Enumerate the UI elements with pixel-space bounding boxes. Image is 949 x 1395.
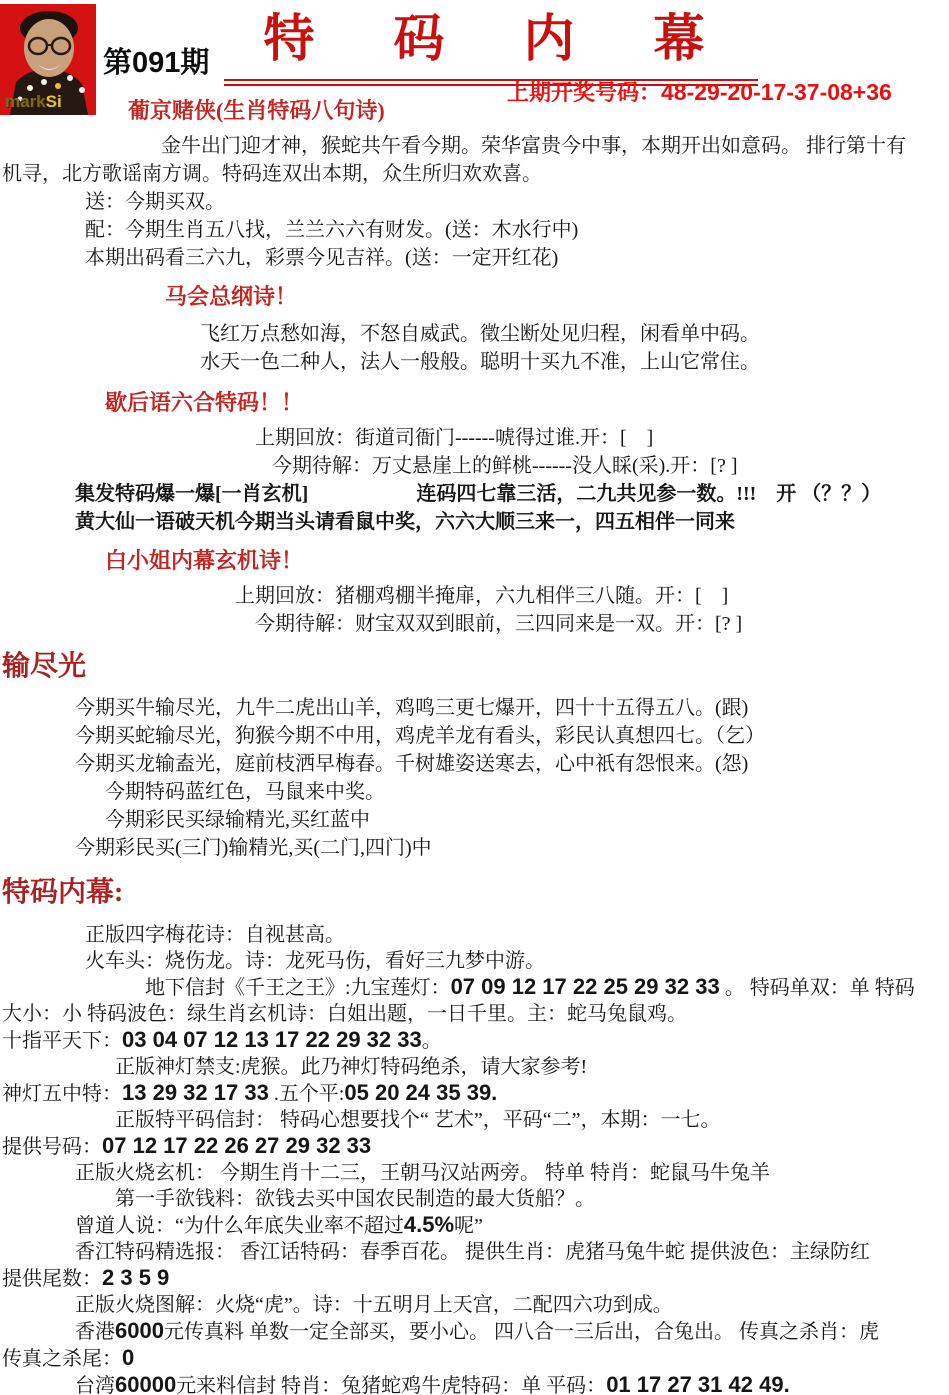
shujinguang-line: 今期买牛输尽光，九牛二虎出山羊，鸡鸣三更七爆开，四十十五得五八。(跟)	[75, 694, 949, 722]
zengdao-text: 曾道人说：“为什么年底失业率不超过	[75, 1215, 404, 1237]
page-title-text: 特 码 内 幕	[263, 12, 718, 68]
shujinguang-line: 今期买龙输盍光，庭前枝洒早梅春。千树雄姿送寒去，心中祇有怨恨来。(怨)	[75, 750, 949, 778]
shizhi-tail: 。	[422, 1030, 442, 1052]
huoshao-tujie-line: 正版火烧图解：火烧“虎”。诗：十五明月上天宫，二配四六功到成。	[75, 1292, 949, 1318]
dixia-xinfeng-line: 地下信封《千王之王》:九宝莲灯：07 09 12 17 22 25 29 32 …	[145, 974, 949, 1001]
marksix-logo: markSi	[0, 4, 96, 115]
huochetou-line: 火车头：烧伤龙。诗：龙死马伤，看好三九梦中游。	[85, 948, 949, 974]
xiehouyu-current-line: 今期待解：万丈悬崖上的鲜桃------没人睬(采).开：[? ]	[272, 452, 949, 480]
logo-text-si: Si	[46, 92, 62, 111]
shujinguang-line: 今期特码蓝红色，马鼠来中奖。	[105, 778, 949, 806]
huangdaxian-line: 黄大仙一语破天机今期当头请看鼠中奖，六六大顺三来一，四五相伴一同来	[75, 508, 949, 536]
zengdao-line: 曾道人说：“为什么年底失业率不超过4.5%呢”	[75, 1212, 949, 1239]
issue-number: 第091期	[103, 40, 209, 81]
xiehouyu-heading: 歇后语六合特码！！	[105, 388, 949, 418]
flyer-body: 金牛出门迎才神，猴蛇共午看今期。荣华富贵今中事，本期开出如意码。 排行第十有 机…	[0, 132, 949, 1395]
neimu-heading: 特码内幕:	[2, 876, 949, 910]
pujing-poem-line-1: 金牛出门迎才神，猴蛇共午看今期。荣华富贵今中事，本期开出如意码。 排行第十有	[85, 132, 949, 160]
meihua-line: 正版四字梅花诗：自视甚高。	[85, 922, 949, 948]
flyer-page: { "header": { "issue": "第091期", "title":…	[0, 0, 949, 1395]
pujing-heading: 葡京赌侠(生肖特码八句诗)	[128, 94, 385, 125]
shizhi-line: 十指平天下：03 04 07 12 13 17 22 29 32 33。	[2, 1027, 949, 1054]
xiangjiang-line: 香江特码精选报： 香江话特码：春季百花。 提供生肖：虎猪马兔牛蛇 提供波色：主绿…	[75, 1239, 949, 1265]
jifa-line: 集发特码爆一爆[一肖玄机]连码四七靠三活，二九共见参一数。!!! 开 （？？）	[75, 480, 949, 508]
teping-xinfeng-line: 正版特平码信封： 特码心想要找个“ 艺术”，平码“二”，本期：一七。	[115, 1107, 949, 1133]
shawei-number: 0	[122, 1345, 134, 1370]
wuzhongte-numbers-2: 05 20 24 35 39.	[344, 1080, 497, 1105]
pujing-poem-line-2: 机寻，北方歌谣南方调。特码连双出本期，众生所归欢欢喜。	[2, 160, 949, 188]
hk-price: 6000	[115, 1318, 164, 1343]
wuzhongte-numbers: 13 29 32 17 33	[122, 1080, 269, 1105]
shujinguang-line: 今期买蛇输尽光，狗猴今期不中用，鸡虎羊龙有看头，彩民认真想四七。（乞）	[75, 722, 949, 750]
masthead: markSi 第091期 特 码 内 幕 上期开奖号码：48-29-20-17-…	[0, 0, 949, 132]
tw-price: 60000	[115, 1372, 176, 1395]
mahui-heading: 马会总纲诗！	[165, 282, 949, 312]
baixiaojie-heading: 白小姐内幕玄机诗！	[105, 546, 949, 576]
tigong-label: 提供号码：	[2, 1136, 102, 1158]
pujing-song-line: 送：今期买双。	[85, 188, 949, 216]
shizhi-numbers: 03 04 07 12 13 17 22 29 32 33	[122, 1027, 422, 1052]
weishu-numbers: 2 3 5 9	[102, 1265, 169, 1290]
tigong-numbers: 07 12 17 22 26 27 29 32 33	[102, 1133, 371, 1158]
zengdao-percent: 4.5%	[404, 1212, 454, 1237]
baixiaojie-current-line: 今期待解：财宝双双到眼前，三四同来是一双。开：[? ]	[255, 610, 949, 638]
previous-draw-result: 上期开奖号码：48-29-20-17-37-08+36	[507, 76, 892, 107]
zengdao-tail: 呢”	[454, 1215, 483, 1237]
shujinguang-heading: 输尽光	[2, 650, 949, 684]
shawei-label: 传真之杀尾：	[2, 1348, 122, 1370]
dixia-numbers: 07 09 12 17 22 25 29 32 33	[451, 974, 720, 999]
weishu-line: 提供尾数：2 3 5 9	[2, 1265, 949, 1292]
page-title: 特 码 内 幕	[224, 4, 758, 86]
tigong-haoma-line: 提供号码：07 12 17 22 26 27 29 32 33	[2, 1133, 949, 1160]
pujing-pei-line: 配：今期生肖五八找，兰兰六六有财发。(送：木水行中)	[85, 216, 949, 244]
wuzhongte-line: 神灯五中特：13 29 32 17 33 .五个平:05 20 24 35 39…	[2, 1080, 949, 1107]
weishu-label: 提供尾数：	[2, 1268, 102, 1290]
jifa-riddle: 连码四七靠三活，二九共见参一数。!!! 开 （？？）	[416, 483, 881, 505]
jifa-label: 集发特码爆一爆[一肖玄机]	[75, 483, 308, 505]
hk-tail: 元传真料 单数一定全部买，要小心。 四八合一三后出，合兔出。 传真之杀肖：虎	[164, 1321, 879, 1343]
huoshao-xuanji-line: 正版火烧玄机： 今期生肖十二三，王朝马汉站两旁。 特单 特肖：蛇鼠马牛兔羊	[75, 1160, 949, 1186]
baixiaojie-previous-line: 上期回放：猪棚鸡棚半掩扉，六九相伴三八随。开：[ ]	[235, 582, 949, 610]
daxiao-bose-line: 大小：小 特码波色：绿生肖玄机诗：白姐出题，一日千里。主：蛇马兔鼠鸡。	[2, 1001, 949, 1027]
mahui-poem-line-2: 水天一色二种人，法人一般般。聪明十买九不准，上山它常住。	[200, 348, 949, 376]
hongkong-fax-line: 香港6000元传真料 单数一定全部买，要小心。 四八合一三后出，合兔出。 传真之…	[75, 1318, 949, 1345]
previous-draw-numbers: 48-29-20-17-37-08+36	[661, 79, 892, 105]
shizhi-label: 十指平天下：	[2, 1030, 122, 1052]
logo-text: markSi	[5, 92, 62, 112]
shujinguang-line: 今期彩民买(三门)输精光,买(二门,四门)中	[75, 834, 949, 862]
taiwan-line: 台湾60000元来料信封 特肖：兔猪蛇鸡牛虎特码：单 平码：01 17 27 3…	[75, 1372, 949, 1395]
shujinguang-line: 今期彩民买绿输精光,买红蓝中	[105, 806, 949, 834]
yuqian-line: 第一手欲钱料：欲钱去买中国农民制造的最大货船？。	[115, 1186, 949, 1212]
pujing-benqi-line: 本期出码看三六九，彩票今见吉祥。(送：一定开红花)	[85, 244, 949, 272]
logo-text-mark: mark	[5, 92, 46, 111]
dixia-text: 地下信封《千王之王》:九宝莲灯：	[145, 977, 451, 999]
xiehouyu-previous-line: 上期回放：街道司衙门------唬得过谁.开：[ ]	[255, 424, 949, 452]
previous-draw-label: 上期开奖号码：	[507, 80, 661, 105]
tw-mid: 元来料信封 特肖：兔猪蛇鸡牛虎特码：单 平码：	[176, 1375, 606, 1395]
wuzhongte-label: 神灯五中特：	[2, 1083, 122, 1105]
mahui-poem-line-1: 飞红万点愁如海，不怒自威武。徵尘断处见归程，闲看单中码。	[200, 320, 949, 348]
dixia-tail: 。 特码单双：单 特码	[720, 977, 915, 999]
shawei-line: 传真之杀尾：0	[2, 1345, 949, 1372]
tw-text: 台湾	[75, 1375, 115, 1395]
tw-numbers: 01 17 27 31 42 49.	[606, 1372, 790, 1395]
shendeng-jinzhi-line: 正版神灯禁支:虎猴。此乃神灯特码绝杀，请大家参考!	[115, 1054, 949, 1080]
wuzhongte-mid: .五个平:	[269, 1083, 345, 1105]
hk-text: 香港	[75, 1321, 115, 1343]
